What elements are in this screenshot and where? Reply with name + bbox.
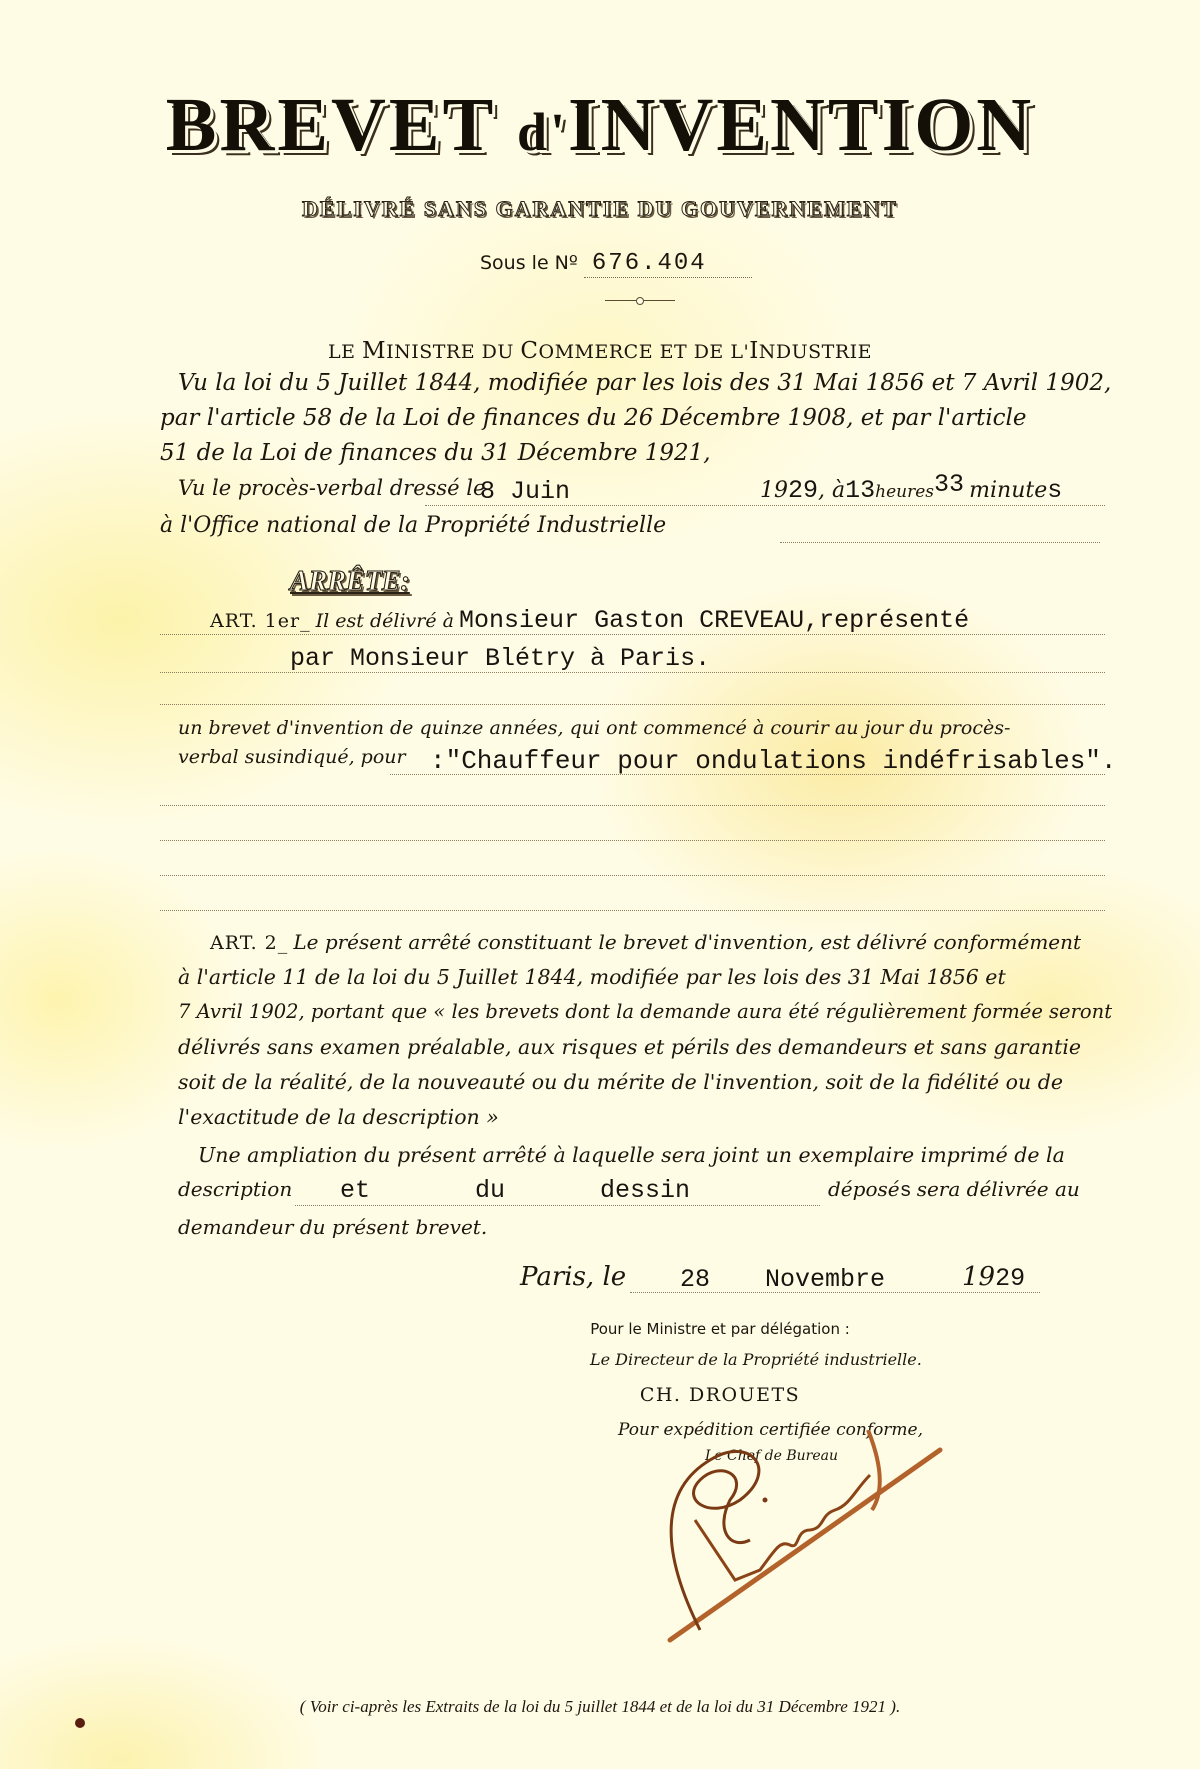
pv-date: 8 Juin <box>480 477 570 506</box>
arrete-heading: ARRÊTE: <box>290 566 410 598</box>
grant-line-2: verbal susindiqué, pour <box>178 746 406 768</box>
authority-prefix: LE <box>328 341 362 363</box>
signature-day: 28 <box>680 1265 710 1294</box>
grantee-representative: par Monsieur Blétry à Paris. <box>290 644 710 673</box>
document-subtitle: DÉLIVRÉ SANS GARANTIE DU GOUVERNEMENT <box>0 196 1200 222</box>
pv-minutes: 33 <box>934 470 964 499</box>
pv-label: Vu le procès-verbal dressé le <box>178 476 485 500</box>
office-dotted-line <box>780 542 1100 543</box>
patent-number-value: 676.404 <box>584 250 752 278</box>
depose-label: déposé <box>828 1177 900 1201</box>
ampliation-line-3: demandeur du présent brevet. <box>178 1215 487 1239</box>
pv-hour: 13 <box>845 476 875 505</box>
typed-dessin: dessin <box>600 1176 690 1205</box>
ampliation-description-label: description <box>178 1177 292 1201</box>
pv-heures-label: heures <box>875 482 934 502</box>
title-brevet: Brevet <box>166 83 495 167</box>
document-title: Brevet d'Invention <box>0 82 1200 169</box>
pv-minute-label: minute <box>969 478 1047 503</box>
article-1-script: Il est délivré à <box>316 610 454 632</box>
pv-year-prefix: 19 <box>760 478 788 503</box>
pv-minute-suffix: s <box>1047 476 1062 505</box>
article-2-line-1: ART. 2_ Le présent arrêté constituant le… <box>210 930 1081 954</box>
art1-dotted-line-3 <box>160 704 1105 705</box>
authority-i: I <box>749 338 759 364</box>
article-2-text-1: Le présent arrêté constituant le brevet … <box>293 930 1081 954</box>
article-2-line-3: 7 Avril 1902, portant que « les brevets … <box>178 1000 1112 1023</box>
patent-number: Sous le Nº 676.404 <box>480 250 752 278</box>
article-2-dash: _ <box>278 932 289 954</box>
ampliation-line-1: Une ampliation du présent arrêté à laque… <box>198 1143 1065 1167</box>
depose-group: déposés sera délivrée au <box>828 1177 1080 1203</box>
title-invention: Invention <box>568 83 1034 167</box>
issuing-authority: LE MINISTRE DU COMMERCE ET DE L'INDUSTRI… <box>0 338 1200 364</box>
signature-month: Novembre <box>765 1265 885 1294</box>
authority-industrie: NDUSTRIE <box>759 341 872 363</box>
article-2-label: ART. 2 <box>210 932 278 954</box>
ampliation-end: sera délivrée au <box>917 1177 1080 1201</box>
authority-commerce: OMMERCE ET DE L' <box>539 341 750 363</box>
grantee-name: Monsieur Gaston CREVEAU,représenté <box>459 606 969 635</box>
depose-typed-s: s <box>900 1180 912 1203</box>
pv-year: 1929, à13heures33 minutes <box>760 476 1062 505</box>
pv-a: , à <box>818 478 845 503</box>
proces-verbal-line: Vu le procès-verbal dressé le <box>178 476 485 500</box>
director-title: Le Directeur de la Propriété industriell… <box>590 1350 922 1369</box>
art1-dotted-line-2 <box>160 672 1105 673</box>
preamble-line-1: Vu la loi du 5 Juillet 1844, modifiée pa… <box>178 370 1111 396</box>
article-2-line-6: l'exactitude de la description » <box>178 1105 499 1129</box>
signature-year-prefix: 19 <box>962 1262 995 1292</box>
signature-year: 1929 <box>962 1262 1025 1293</box>
article-2-line-2: à l'article 11 de la loi du 5 Juillet 18… <box>178 965 1006 989</box>
ampliation-dotted-line <box>295 1205 820 1206</box>
art1-dotted-line-1 <box>160 634 1105 635</box>
invention-title: :"Chauffeur pour ondulations indéfrisabl… <box>430 746 1117 776</box>
article-2-line-4: délivrés sans examen préalable, aux risq… <box>178 1035 1081 1059</box>
delegation-line: Pour le Ministre et par délégation : <box>0 1320 1200 1338</box>
signature-place: Paris, le <box>520 1262 626 1292</box>
signature-year-typed: 29 <box>995 1264 1025 1293</box>
ornament-divider-icon <box>605 300 675 302</box>
article-1-label: ART. 1er <box>210 610 300 632</box>
grant-pour: verbal susindiqué, pour <box>178 746 406 768</box>
typed-et: et <box>340 1176 370 1205</box>
pv-year-typed: 29 <box>788 476 818 505</box>
article-2-line-5: soit de la réalité, de la nouveauté ou d… <box>178 1070 1063 1094</box>
title-d: d' <box>517 102 568 162</box>
article-1-dash: _ <box>300 610 311 632</box>
authority-c: C <box>520 338 538 364</box>
footer-note: ( Voir ci-après les Extraits de la loi d… <box>0 1697 1200 1717</box>
typed-du: du <box>475 1176 505 1205</box>
blank-dotted-line-1 <box>160 805 1105 806</box>
blank-dotted-line-2 <box>160 840 1105 841</box>
preamble-line-5: à l'Office national de la Propriété Indu… <box>160 513 666 538</box>
director-name: CH. DROUETS <box>0 1384 1200 1406</box>
blank-dotted-line-4 <box>160 910 1105 911</box>
patent-number-label: Sous le Nº <box>480 252 578 274</box>
ink-spot <box>75 1718 85 1728</box>
preamble-line-2: par l'article 58 de la Loi de finances d… <box>160 405 1027 431</box>
authority-m: M <box>362 338 386 364</box>
preamble-line-3: 51 de la Loi de finances du 31 Décembre … <box>160 440 711 466</box>
article-1-line-1: ART. 1er_ Il est délivré à Monsieur Gast… <box>210 606 969 635</box>
blank-dotted-line-3 <box>160 875 1105 876</box>
handwritten-signature-icon <box>640 1430 980 1650</box>
authority-ministre: INISTRE DU <box>386 341 520 363</box>
grant-line-1: un brevet d'invention de quinze années, … <box>178 717 1010 739</box>
